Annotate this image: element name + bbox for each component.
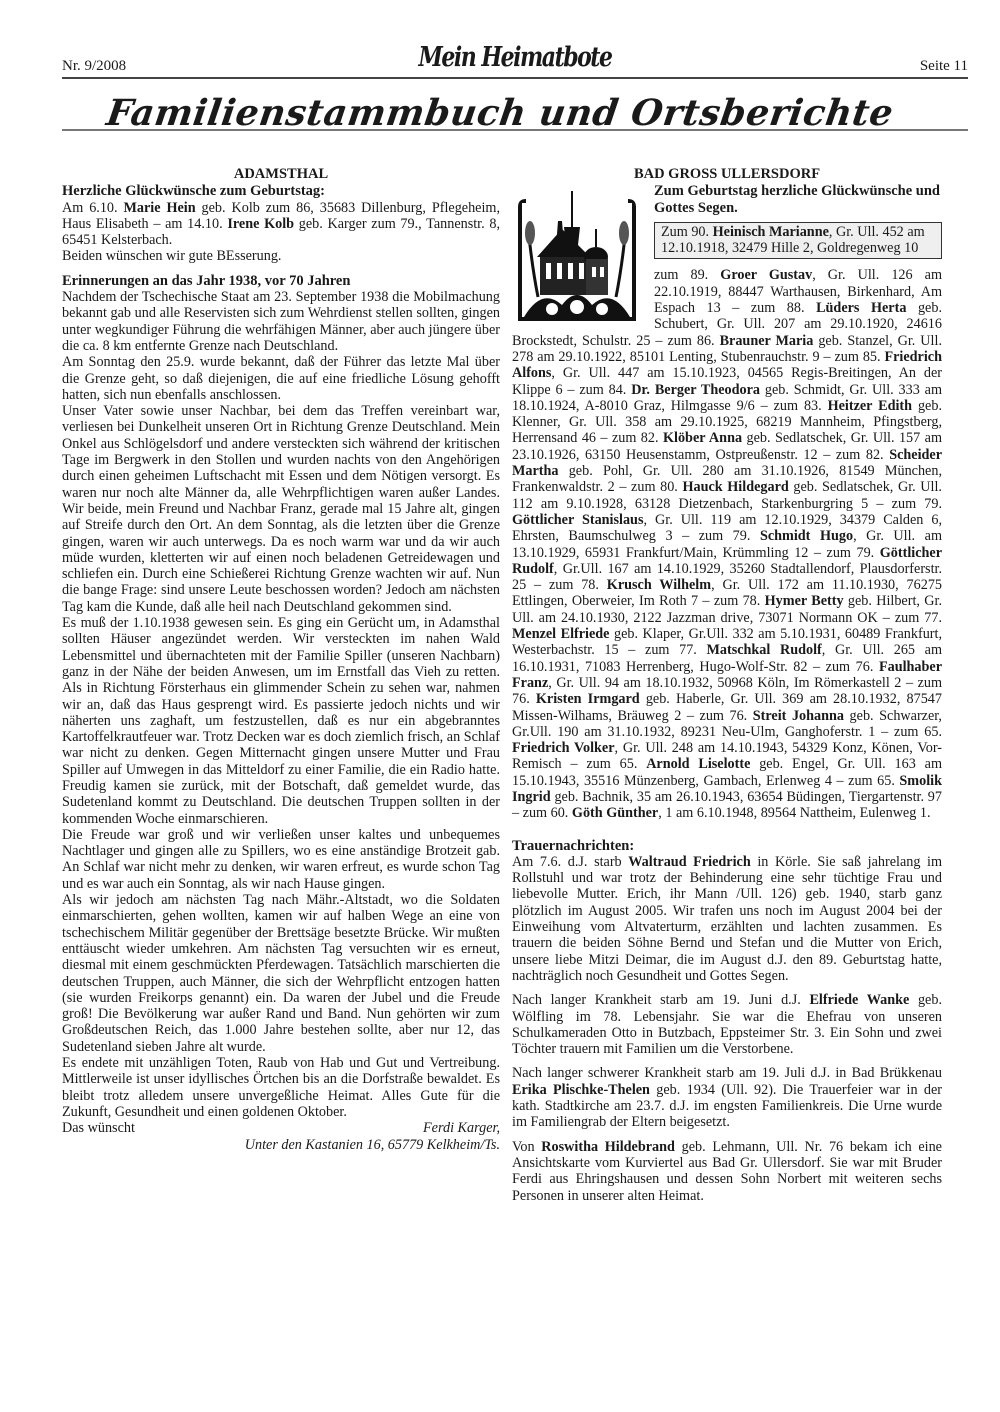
- birthday-list: zum 89. Groer Gustav, Gr. Ull. 126 am 22…: [512, 267, 942, 821]
- postcard-note: Von Roswitha Hildebrand geb. Lehmann, Ul…: [512, 1139, 942, 1204]
- highlight-box-90th-birthday: Zum 90. Heinisch Marianne, Gr. Ull. 452 …: [654, 222, 942, 260]
- person-name: Klöber Anna: [663, 430, 742, 446]
- page-header: Nr. 9/2008 Mein Heimatbote Seite 11: [62, 52, 968, 78]
- obituary: Nach langer Krankheit starb am 19. Juni …: [512, 992, 942, 1057]
- person-name: Marie Hein: [124, 200, 196, 216]
- text: in Körle. Sie saß jahrelang im Rollstuhl…: [512, 854, 942, 984]
- text: zum 89.: [654, 267, 720, 283]
- signoff-text: Das wünscht: [62, 1120, 135, 1136]
- person-name: Friedrich Volker: [512, 740, 615, 756]
- author-name: Ferdi Karger,: [423, 1120, 500, 1136]
- paragraph: Es muß der 1.10.1938 gewesen sein. Es gi…: [62, 615, 500, 827]
- paragraph: Unser Vater sowie unser Nachbar, bei dem…: [62, 403, 500, 615]
- text: Zum 90.: [661, 224, 713, 240]
- obituary: Nach langer schwerer Krankheit starb am …: [512, 1065, 942, 1130]
- person-name: Erika Plischke-Thelen: [512, 1082, 650, 1098]
- person-name: Hymer Betty: [765, 593, 844, 609]
- section-title: Familienstammbuch und Ortsberichte: [0, 92, 1000, 134]
- paragraph: Am Sonntag den 25.9. wurde bekannt, daß …: [62, 354, 500, 403]
- person-name: Menzel Elfriede: [512, 626, 609, 642]
- header-divider: [62, 77, 968, 79]
- person-name: Kristen Irmgard: [536, 691, 640, 707]
- person-name: Streit Johanna: [753, 708, 844, 724]
- text: Am 7.6. d.J. starb: [512, 854, 628, 870]
- signature-line: Das wünscht Ferdi Karger,: [62, 1120, 500, 1136]
- paragraph: Es endete mit unzähligen Toten, Raub von…: [62, 1055, 500, 1120]
- text: Nach langer schwerer Krankheit starb am …: [512, 1065, 942, 1081]
- person-name: Elfriede Wanke: [809, 992, 909, 1008]
- person-name: Krusch Wilhelm: [607, 577, 711, 593]
- column-bad-gross-ullersdorf: BAD GROSS ULLERSDORF: [512, 166, 942, 1204]
- location-heading: BAD GROSS ULLERSDORF: [512, 166, 942, 182]
- person-name: Göttlicher Stanislaus: [512, 512, 643, 528]
- location-heading: ADAMSTHAL: [62, 166, 500, 182]
- birthday-intro: Zum Geburtstag herzliche Glückwünsche un…: [654, 183, 942, 216]
- page-number: Seite 11: [920, 58, 968, 75]
- wish-line: Beiden wünschen wir gute BEsserung.: [62, 248, 500, 264]
- obituary: Am 7.6. d.J. starb Waltraud Friedrich in…: [512, 854, 942, 984]
- paragraph: Die Freude war groß und wir verließen un…: [62, 827, 500, 892]
- text: , 1 am 6.10.1948, 89564 Nattheim, Eulenw…: [658, 805, 930, 821]
- person-name: Heinisch Marianne: [713, 224, 829, 240]
- author-address: Unter den Kastanien 16, 65779 Kelkheim/T…: [62, 1137, 500, 1153]
- birthday-heading: Herzliche Glückwünsche zum Geburtstag:: [62, 183, 500, 199]
- birthday-paragraph: Am 6.10. Marie Hein geb. Kolb zum 86, 35…: [62, 200, 500, 249]
- memories-heading: Erinnerungen an das Jahr 1938, vor 70 Ja…: [62, 273, 500, 289]
- church-woodcut-image: [512, 187, 642, 327]
- person-name: Heitzer Edith: [828, 398, 912, 414]
- title-divider: [62, 129, 968, 131]
- person-name: Schmidt Hugo: [760, 528, 853, 544]
- church-icon: [512, 187, 642, 327]
- paragraph: Nachdem der Tschechische Staat am 23. Se…: [62, 289, 500, 354]
- paragraph: Als wir jedoch am nächsten Tag nach Mähr…: [62, 892, 500, 1055]
- column-adamsthal: ADAMSTHAL Herzliche Glückwünsche zum Geb…: [62, 166, 500, 1153]
- person-name: Hauck Hildegard: [682, 479, 788, 495]
- person-name: Dr. Berger Theodora: [631, 382, 760, 398]
- person-name: Groer Gustav: [720, 267, 812, 283]
- person-name: Matschkal Rudolf: [707, 642, 822, 658]
- person-name: Arnold Liselotte: [646, 756, 750, 772]
- text: Von: [512, 1139, 541, 1155]
- person-name: Roswitha Hildebrand: [541, 1139, 675, 1155]
- person-name: Irene Kolb: [227, 216, 294, 232]
- person-name: Lüders Herta: [816, 300, 906, 316]
- text: Nach langer Krankheit starb am 19. Juni …: [512, 992, 809, 1008]
- masthead-logo: Mein Heimatbote: [62, 41, 968, 74]
- text: Am 6.10.: [62, 200, 124, 216]
- mourning-heading: Trauernachrichten:: [512, 838, 942, 854]
- person-name: Göth Günther: [572, 805, 658, 821]
- person-name: Waltraud Friedrich: [628, 854, 750, 870]
- person-name: Brauner Maria: [720, 333, 814, 349]
